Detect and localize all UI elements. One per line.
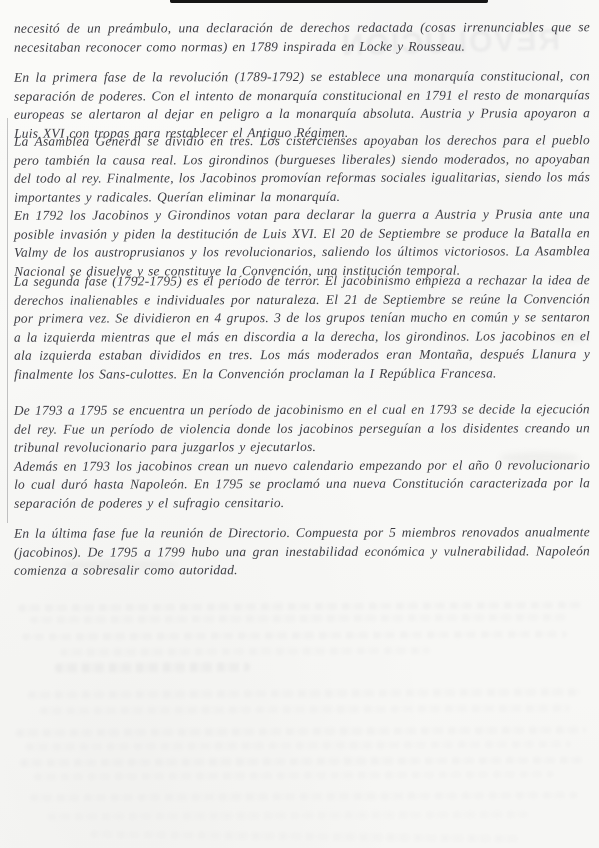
handwritten-paragraph-7: En la última fase fue la reunión de Dire… [14,524,590,581]
bleedthrough-artifact [26,741,571,751]
handwritten-paragraph-3: La Asamblea General se dividió en tres. … [14,132,590,208]
scan-smudge [500,452,580,464]
scanned-page: REVOLUCIÓN necesitó de un preámbulo, una… [0,0,599,848]
bleedthrough-artifact [55,662,250,672]
bleedthrough-artifact [30,792,578,802]
bleedthrough-artifact [48,811,528,821]
bleedthrough-artifact [34,771,554,781]
bleedthrough-artifact [30,614,570,624]
scan-smudge [60,560,180,570]
bleedthrough-artifact [90,831,520,843]
bleedthrough-artifact [20,757,588,767]
bleedthrough-artifact [28,689,580,699]
page-left-edge-shadow [7,118,8,523]
handwritten-paragraph-4: En 1792 los Jacobinos y Girondinos votan… [14,206,590,282]
handwritten-paragraph-5: La segunda fase (1792-1795) es el períod… [14,272,590,385]
bleedthrough-artifact [18,602,583,612]
bleedthrough-artifact [16,727,586,737]
scan-edge-artifact [170,0,488,3]
bleedthrough-artifact [60,647,430,656]
bleedthrough-artifact [40,705,570,715]
scan-smudge [548,332,588,342]
handwritten-paragraph-1: necesitó de un preámbulo, una declaració… [14,19,590,58]
bleedthrough-artifact [22,631,567,641]
